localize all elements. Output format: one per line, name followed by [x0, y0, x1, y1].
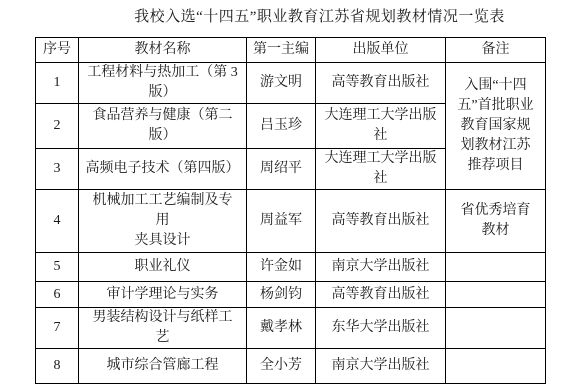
cell-index: 3: [36, 149, 79, 190]
cell-editor: 周绍平: [247, 149, 316, 190]
cell-remark: [446, 253, 546, 282]
cell-index: 2: [36, 104, 79, 149]
cell-index: 5: [36, 253, 79, 282]
cell-name: 食品营养与健康（第二 版）: [79, 104, 247, 149]
table-row: 5 职业礼仪 许金如 南京大学出版社: [36, 253, 546, 282]
cell-remark: 省优秀培育 教材: [446, 190, 546, 253]
cell-publisher: 高等教育出版社: [316, 282, 446, 308]
cell-name: 审计学理论与实务: [79, 282, 247, 308]
page-title: 我校入选“十四五”职业教育江苏省规划教材情况一览表: [0, 0, 571, 26]
cell-index: 1: [36, 63, 79, 104]
table-row: 1 工程材料与热加工（第 3 版） 游文明 高等教育出版社 入围“十四 五”首批…: [36, 63, 546, 104]
header-index: 序号: [36, 38, 79, 63]
cell-publisher: 大连理工大学出版 社: [316, 149, 446, 190]
cell-name: 男装结构设计与纸样工 艺: [79, 308, 247, 349]
header-name: 教材名称: [79, 38, 247, 63]
header-remark: 备注: [446, 38, 546, 63]
header-publisher: 出版单位: [316, 38, 446, 63]
document-page: 我校入选“十四五”职业教育江苏省规划教材情况一览表 序号 教材名称 第一主编 出…: [0, 0, 571, 390]
cell-editor: 许金如: [247, 253, 316, 282]
cell-editor: 吕玉珍: [247, 104, 316, 149]
table-row: 6 审计学理论与实务 杨剑钧 高等教育出版社: [36, 282, 546, 308]
table-row: 4 机械加工工艺编制及专 用 夹具设计 周益军 高等教育出版社 省优秀培育 教材: [36, 190, 546, 253]
cell-publisher: 高等教育出版社: [316, 190, 446, 253]
cell-editor: 游文明: [247, 63, 316, 104]
cell-publisher: 南京大学出版社: [316, 253, 446, 282]
cell-index: 6: [36, 282, 79, 308]
header-editor: 第一主编: [247, 38, 316, 63]
cell-remark: [446, 349, 546, 384]
cell-editor: 周益军: [247, 190, 316, 253]
cell-editor: 杨剑钧: [247, 282, 316, 308]
cell-publisher: 南京大学出版社: [316, 349, 446, 384]
cell-publisher: 高等教育出版社: [316, 63, 446, 104]
table-row: 7 男装结构设计与纸样工 艺 戴孝林 东华大学出版社: [36, 308, 546, 349]
cell-editor: 戴孝林: [247, 308, 316, 349]
table-row: 8 城市综合管廊工程 全小芳 南京大学出版社: [36, 349, 546, 384]
cell-publisher: 东华大学出版社: [316, 308, 446, 349]
cell-name: 工程材料与热加工（第 3 版）: [79, 63, 247, 104]
cell-index: 8: [36, 349, 79, 384]
table-header-row: 序号 教材名称 第一主编 出版单位 备注: [36, 38, 546, 63]
cell-remark: [446, 282, 546, 308]
cell-name: 高频电子技术（第四版）: [79, 149, 247, 190]
cell-publisher: 大连理工大学出版 社: [316, 104, 446, 149]
cell-name: 职业礼仪: [79, 253, 247, 282]
cell-index: 7: [36, 308, 79, 349]
cell-index: 4: [36, 190, 79, 253]
cell-name: 机械加工工艺编制及专 用 夹具设计: [79, 190, 247, 253]
textbook-table: 序号 教材名称 第一主编 出版单位 备注 1 工程材料与热加工（第 3 版） 游…: [35, 37, 546, 384]
cell-name: 城市综合管廊工程: [79, 349, 247, 384]
cell-remark: [446, 308, 546, 349]
cell-remark-merged: 入围“十四 五”首批职业 教育国家规 划教材江苏 推荐项目: [446, 63, 546, 190]
cell-editor: 全小芳: [247, 349, 316, 384]
